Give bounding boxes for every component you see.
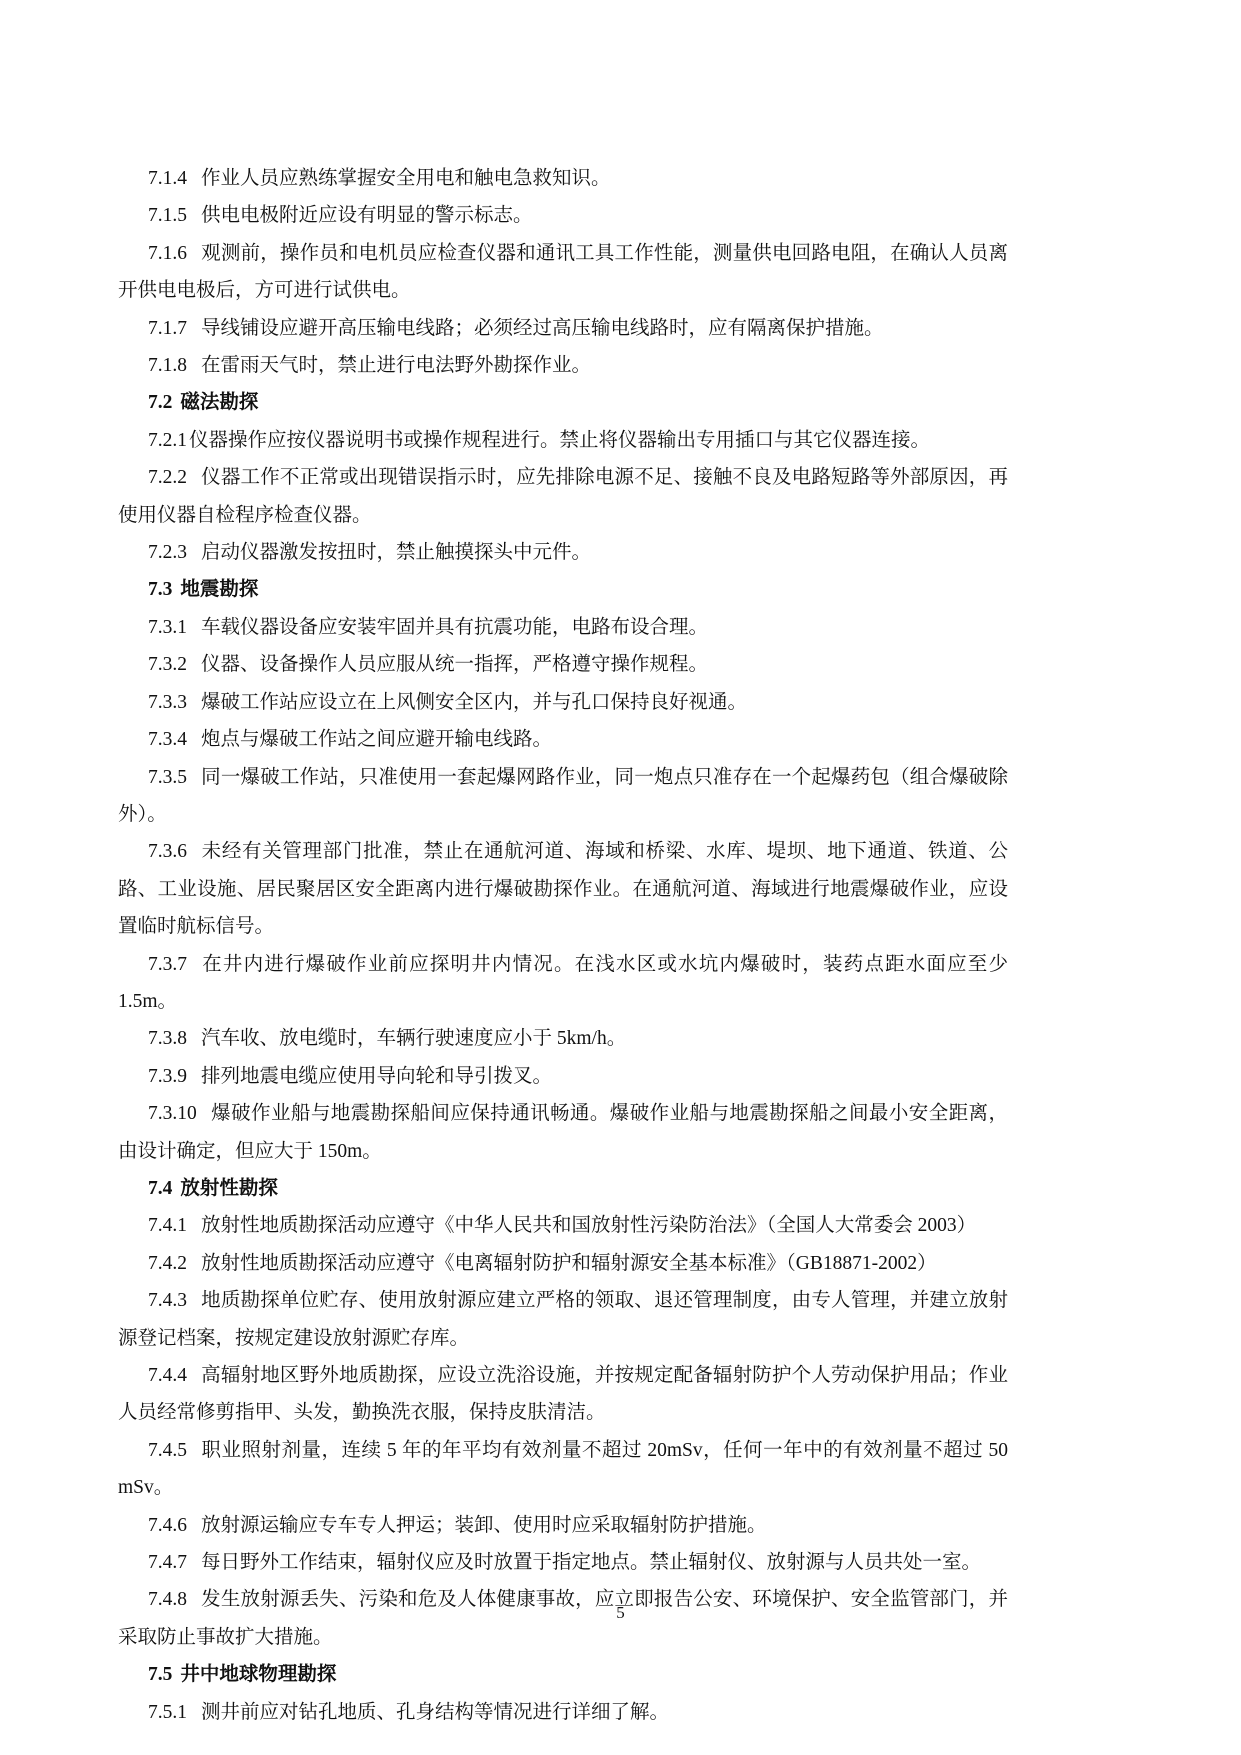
clause-number: 7.2.1 <box>148 430 187 451</box>
clause-number: 7.3.7 <box>148 954 187 975</box>
clause-text: 仪器、设备操作人员应服从统一指挥，严格遵守操作规程。 <box>201 654 708 675</box>
section-heading: 7.4放射性勘探 <box>118 1170 1008 1207</box>
clause-text: 在雷雨天气时，禁止进行电法野外勘探作业。 <box>201 355 591 376</box>
clause-paragraph: 7.4.1放射性地质勘探活动应遵守《中华人民共和国放射性污染防治法》（全国人大常… <box>118 1207 1008 1244</box>
clause-paragraph: 7.3.4炮点与爆破工作站之间应避开输电线路。 <box>118 721 1008 758</box>
clause-text: 启动仪器激发按扭时，禁止触摸探头中元件。 <box>201 542 591 563</box>
clause-paragraph: 7.4.3地质勘探单位贮存、使用放射源应建立严格的领取、退还管理制度，由专人管理… <box>118 1282 1008 1357</box>
section-number: 7.3 <box>148 579 172 600</box>
clause-paragraph: 7.1.8在雷雨天气时，禁止进行电法野外勘探作业。 <box>118 347 1008 384</box>
section-number: 7.2 <box>148 392 172 413</box>
clause-paragraph: 7.3.6未经有关管理部门批准，禁止在通航河道、海域和桥梁、水库、堤坝、地下通道… <box>118 833 1008 945</box>
clause-number: 7.4.4 <box>148 1365 187 1386</box>
clause-text: 供电电极附近应设有明显的警示标志。 <box>201 205 533 226</box>
clause-number: 7.3.5 <box>148 767 187 788</box>
clause-text: 放射源运输应专车专人押运；装卸、使用时应采取辐射防护措施。 <box>201 1515 767 1536</box>
clause-paragraph: 7.3.7在井内进行爆破作业前应探明井内情况。在浅水区或水坑内爆破时，装药点距水… <box>118 946 1008 1021</box>
clause-number: 7.1.6 <box>148 243 187 264</box>
clause-text: 仪器操作应按仪器说明书或操作规程进行。禁止将仪器输出专用插口与其它仪器连接。 <box>189 430 930 451</box>
section-number: 7.5 <box>148 1664 172 1685</box>
clause-number: 7.1.5 <box>148 205 187 226</box>
clause-text: 作业人员应熟练掌握安全用电和触电急救知识。 <box>201 168 611 189</box>
clause-paragraph: 7.4.6放射源运输应专车专人押运；装卸、使用时应采取辐射防护措施。 <box>118 1507 1008 1544</box>
clause-text: 炮点与爆破工作站之间应避开输电线路。 <box>201 729 552 750</box>
clause-paragraph: 7.3.1车载仪器设备应安装牢固并具有抗震功能，电路布设合理。 <box>118 609 1008 646</box>
clause-text: 爆破作业船与地震勘探船间应保持通讯畅通。爆破作业船与地震勘探船之间最小安全距离，… <box>118 1103 1008 1161</box>
clause-text: 车载仪器设备应安装牢固并具有抗震功能，电路布设合理。 <box>201 617 708 638</box>
clause-number: 7.2.3 <box>148 542 187 563</box>
clause-number: 7.3.1 <box>148 617 187 638</box>
clause-number: 7.4.5 <box>148 1440 187 1461</box>
section-heading: 7.3地震勘探 <box>118 571 1008 608</box>
clause-paragraph: 7.1.4作业人员应熟练掌握安全用电和触电急救知识。 <box>118 160 1008 197</box>
clause-paragraph: 7.4.7每日野外工作结束，辐射仪应及时放置于指定地点。禁止辐射仪、放射源与人员… <box>118 1544 1008 1581</box>
clause-paragraph: 7.2.2仪器工作不正常或出现错误指示时，应先排除电源不足、接触不良及电路短路等… <box>118 459 1008 534</box>
clause-paragraph: 7.1.5供电电极附近应设有明显的警示标志。 <box>118 197 1008 234</box>
clause-number: 7.3.2 <box>148 654 187 675</box>
clause-text: 职业照射剂量，连续 5 年的年平均有效剂量不超过 20mSv，任何一年中的有效剂… <box>118 1440 1008 1498</box>
clause-number: 7.3.4 <box>148 729 187 750</box>
clause-text: 测井前应对钻孔地质、孔身结构等情况进行详细了解。 <box>201 1702 669 1723</box>
clause-paragraph: 7.4.4高辐射地区野外地质勘探，应设立洗浴设施，并按规定配备辐射防护个人劳动保… <box>118 1357 1008 1432</box>
clause-paragraph: 7.4.2放射性地质勘探活动应遵守《电离辐射防护和辐射源安全基本标准》（GB18… <box>118 1245 1008 1282</box>
clause-text: 汽车收、放电缆时，车辆行驶速度应小于 5km/h。 <box>201 1028 626 1049</box>
clause-text: 放射性地质勘探活动应遵守《电离辐射防护和辐射源安全基本标准》（GB18871-2… <box>201 1253 937 1274</box>
clause-text: 放射性地质勘探活动应遵守《中华人民共和国放射性污染防治法》（全国人大常委会 20… <box>201 1215 976 1236</box>
document-body: 7.1.4作业人员应熟练掌握安全用电和触电急救知识。7.1.5供电电极附近应设有… <box>118 160 1008 1731</box>
clause-number: 7.1.7 <box>148 318 187 339</box>
clause-paragraph: 7.1.6观测前，操作员和电机员应检查仪器和通讯工具工作性能，测量供电回路电阻，… <box>118 235 1008 310</box>
clause-paragraph: 7.3.10爆破作业船与地震勘探船间应保持通讯畅通。爆破作业船与地震勘探船之间最… <box>118 1095 1008 1170</box>
clause-paragraph: 7.2.3启动仪器激发按扭时，禁止触摸探头中元件。 <box>118 534 1008 571</box>
clause-text: 排列地震电缆应使用导向轮和导引拨叉。 <box>201 1066 552 1087</box>
clause-text: 地质勘探单位贮存、使用放射源应建立严格的领取、退还管理制度，由专人管理，并建立放… <box>118 1290 1008 1348</box>
clause-paragraph: 7.3.9排列地震电缆应使用导向轮和导引拨叉。 <box>118 1058 1008 1095</box>
section-heading: 7.5井中地球物理勘探 <box>118 1656 1008 1693</box>
clause-text: 每日野外工作结束，辐射仪应及时放置于指定地点。禁止辐射仪、放射源与人员共处一室。 <box>201 1552 981 1573</box>
clause-number: 7.1.4 <box>148 168 187 189</box>
clause-number: 7.4.6 <box>148 1515 187 1536</box>
clause-paragraph: 7.3.5同一爆破工作站，只准使用一套起爆网路作业，同一炮点只准存在一个起爆药包… <box>118 759 1008 834</box>
clause-paragraph: 7.5.1测井前应对钻孔地质、孔身结构等情况进行详细了解。 <box>118 1694 1008 1731</box>
clause-text: 爆破工作站应设立在上风侧安全区内，并与孔口保持良好视通。 <box>201 692 747 713</box>
section-title: 地震勘探 <box>180 579 258 600</box>
section-number: 7.4 <box>148 1178 172 1199</box>
clause-number: 7.4.1 <box>148 1215 187 1236</box>
clause-number: 7.3.3 <box>148 692 187 713</box>
section-title: 磁法勘探 <box>180 392 258 413</box>
section-title: 井中地球物理勘探 <box>180 1664 336 1685</box>
clause-text: 在井内进行爆破作业前应探明井内情况。在浅水区或水坑内爆破时，装药点距水面应至少 … <box>118 954 1008 1012</box>
clause-text: 仪器工作不正常或出现错误指示时，应先排除电源不足、接触不良及电路短路等外部原因，… <box>118 467 1008 525</box>
clause-number: 7.4.7 <box>148 1552 187 1573</box>
clause-number: 7.3.8 <box>148 1028 187 1049</box>
clause-text: 导线铺设应避开高压输电线路；必须经过高压输电线路时，应有隔离保护措施。 <box>201 318 884 339</box>
clause-text: 观测前，操作员和电机员应检查仪器和通讯工具工作性能，测量供电回路电阻，在确认人员… <box>118 243 1008 301</box>
clause-number: 7.2.2 <box>148 467 187 488</box>
clause-paragraph: 7.3.3爆破工作站应设立在上风侧安全区内，并与孔口保持良好视通。 <box>118 684 1008 721</box>
clause-text: 高辐射地区野外地质勘探，应设立洗浴设施，并按规定配备辐射防护个人劳动保护用品；作… <box>118 1365 1008 1423</box>
section-heading: 7.2磁法勘探 <box>118 384 1008 421</box>
clause-number: 7.3.10 <box>148 1103 197 1124</box>
clause-text: 未经有关管理部门批准，禁止在通航河道、海域和桥梁、水库、堤坝、地下通道、铁道、公… <box>118 841 1008 937</box>
page-number: 5 <box>0 1603 1241 1623</box>
clause-text: 同一爆破工作站，只准使用一套起爆网路作业，同一炮点只准存在一个起爆药包（组合爆破… <box>118 767 1008 825</box>
clause-number: 7.4.2 <box>148 1253 187 1274</box>
clause-number: 7.4.3 <box>148 1290 187 1311</box>
clause-paragraph: 7.2.1仪器操作应按仪器说明书或操作规程进行。禁止将仪器输出专用插口与其它仪器… <box>118 422 1008 459</box>
clause-paragraph: 7.3.8汽车收、放电缆时，车辆行驶速度应小于 5km/h。 <box>118 1020 1008 1057</box>
clause-number: 7.3.6 <box>148 841 187 862</box>
clause-paragraph: 7.4.5职业照射剂量，连续 5 年的年平均有效剂量不超过 20mSv，任何一年… <box>118 1432 1008 1507</box>
clause-paragraph: 7.3.2仪器、设备操作人员应服从统一指挥，严格遵守操作规程。 <box>118 646 1008 683</box>
clause-paragraph: 7.1.7导线铺设应避开高压输电线路；必须经过高压输电线路时，应有隔离保护措施。 <box>118 310 1008 347</box>
clause-number: 7.1.8 <box>148 355 187 376</box>
clause-number: 7.5.1 <box>148 1702 187 1723</box>
clause-number: 7.3.9 <box>148 1066 187 1087</box>
section-title: 放射性勘探 <box>180 1178 278 1199</box>
